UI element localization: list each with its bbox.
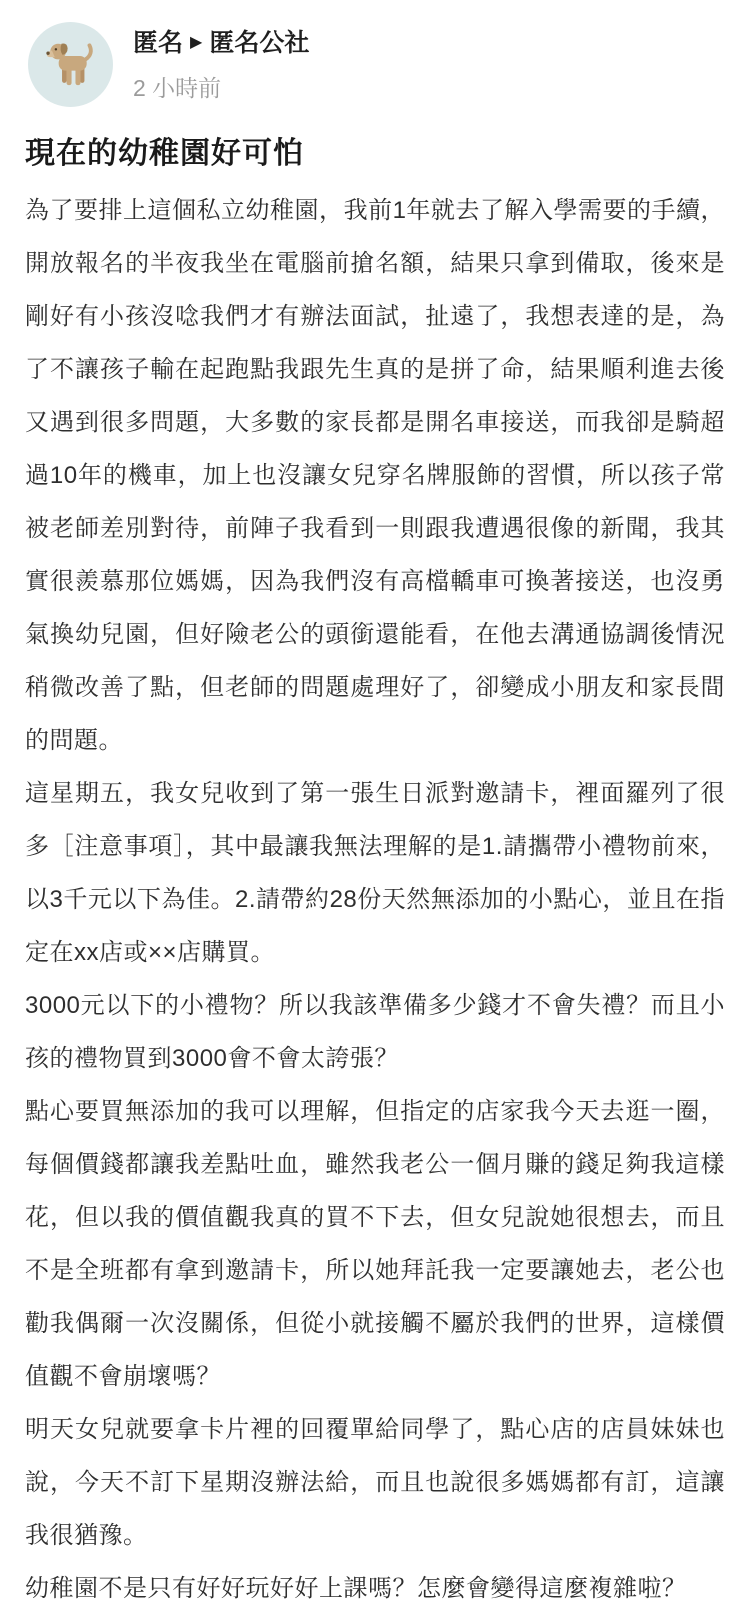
post-paragraph: 明天女兒就要拿卡片裡的回覆單給同學了，點心店的店員妹妹也說，今天不訂下星期沒辦法… <box>25 1403 725 1562</box>
post-paragraph: 3000元以下的小禮物？所以我該準備多少錢才不會失禮？而且小孩的禮物買到3000… <box>25 979 725 1085</box>
post-page: 匿名 ▶ 匿名公社 2 小時前 現在的幼稚園好可怕 為了要排上這個私立幼稚園，我… <box>0 0 750 1615</box>
post-header: 匿名 ▶ 匿名公社 2 小時前 <box>0 0 750 107</box>
post-title: 現在的幼稚園好可怕 <box>25 134 725 174</box>
post-author-row[interactable]: 匿名 ▶ 匿名公社 <box>133 27 309 60</box>
arrow-right-icon: ▶ <box>190 33 202 54</box>
author-name[interactable]: 匿名 <box>133 27 183 60</box>
post-paragraph: 這星期五，我女兒收到了第一張生日派對邀請卡，裡面羅列了很多［注意事項］，其中最讓… <box>25 767 725 979</box>
post-timestamp: 2 小時前 <box>133 70 309 103</box>
dog-icon <box>43 37 99 93</box>
post-paragraph: 為了要排上這個私立幼稚園，我前1年就去了解入學需要的手續，開放報名的半夜我坐在電… <box>25 184 725 767</box>
post-paragraph: 點心要買無添加的我可以理解，但指定的店家我今天去逛一圈，每個價錢都讓我差點吐血，… <box>25 1085 725 1403</box>
header-text: 匿名 ▶ 匿名公社 2 小時前 <box>133 22 309 103</box>
post-body: 為了要排上這個私立幼稚園，我前1年就去了解入學需要的手續，開放報名的半夜我坐在電… <box>25 184 725 1615</box>
avatar[interactable] <box>28 22 113 107</box>
post-paragraph: 幼稚園不是只有好好玩好好上課嗎？怎麼會變得這麼複雜啦？ <box>25 1562 725 1615</box>
community-name[interactable]: 匿名公社 <box>209 27 309 60</box>
